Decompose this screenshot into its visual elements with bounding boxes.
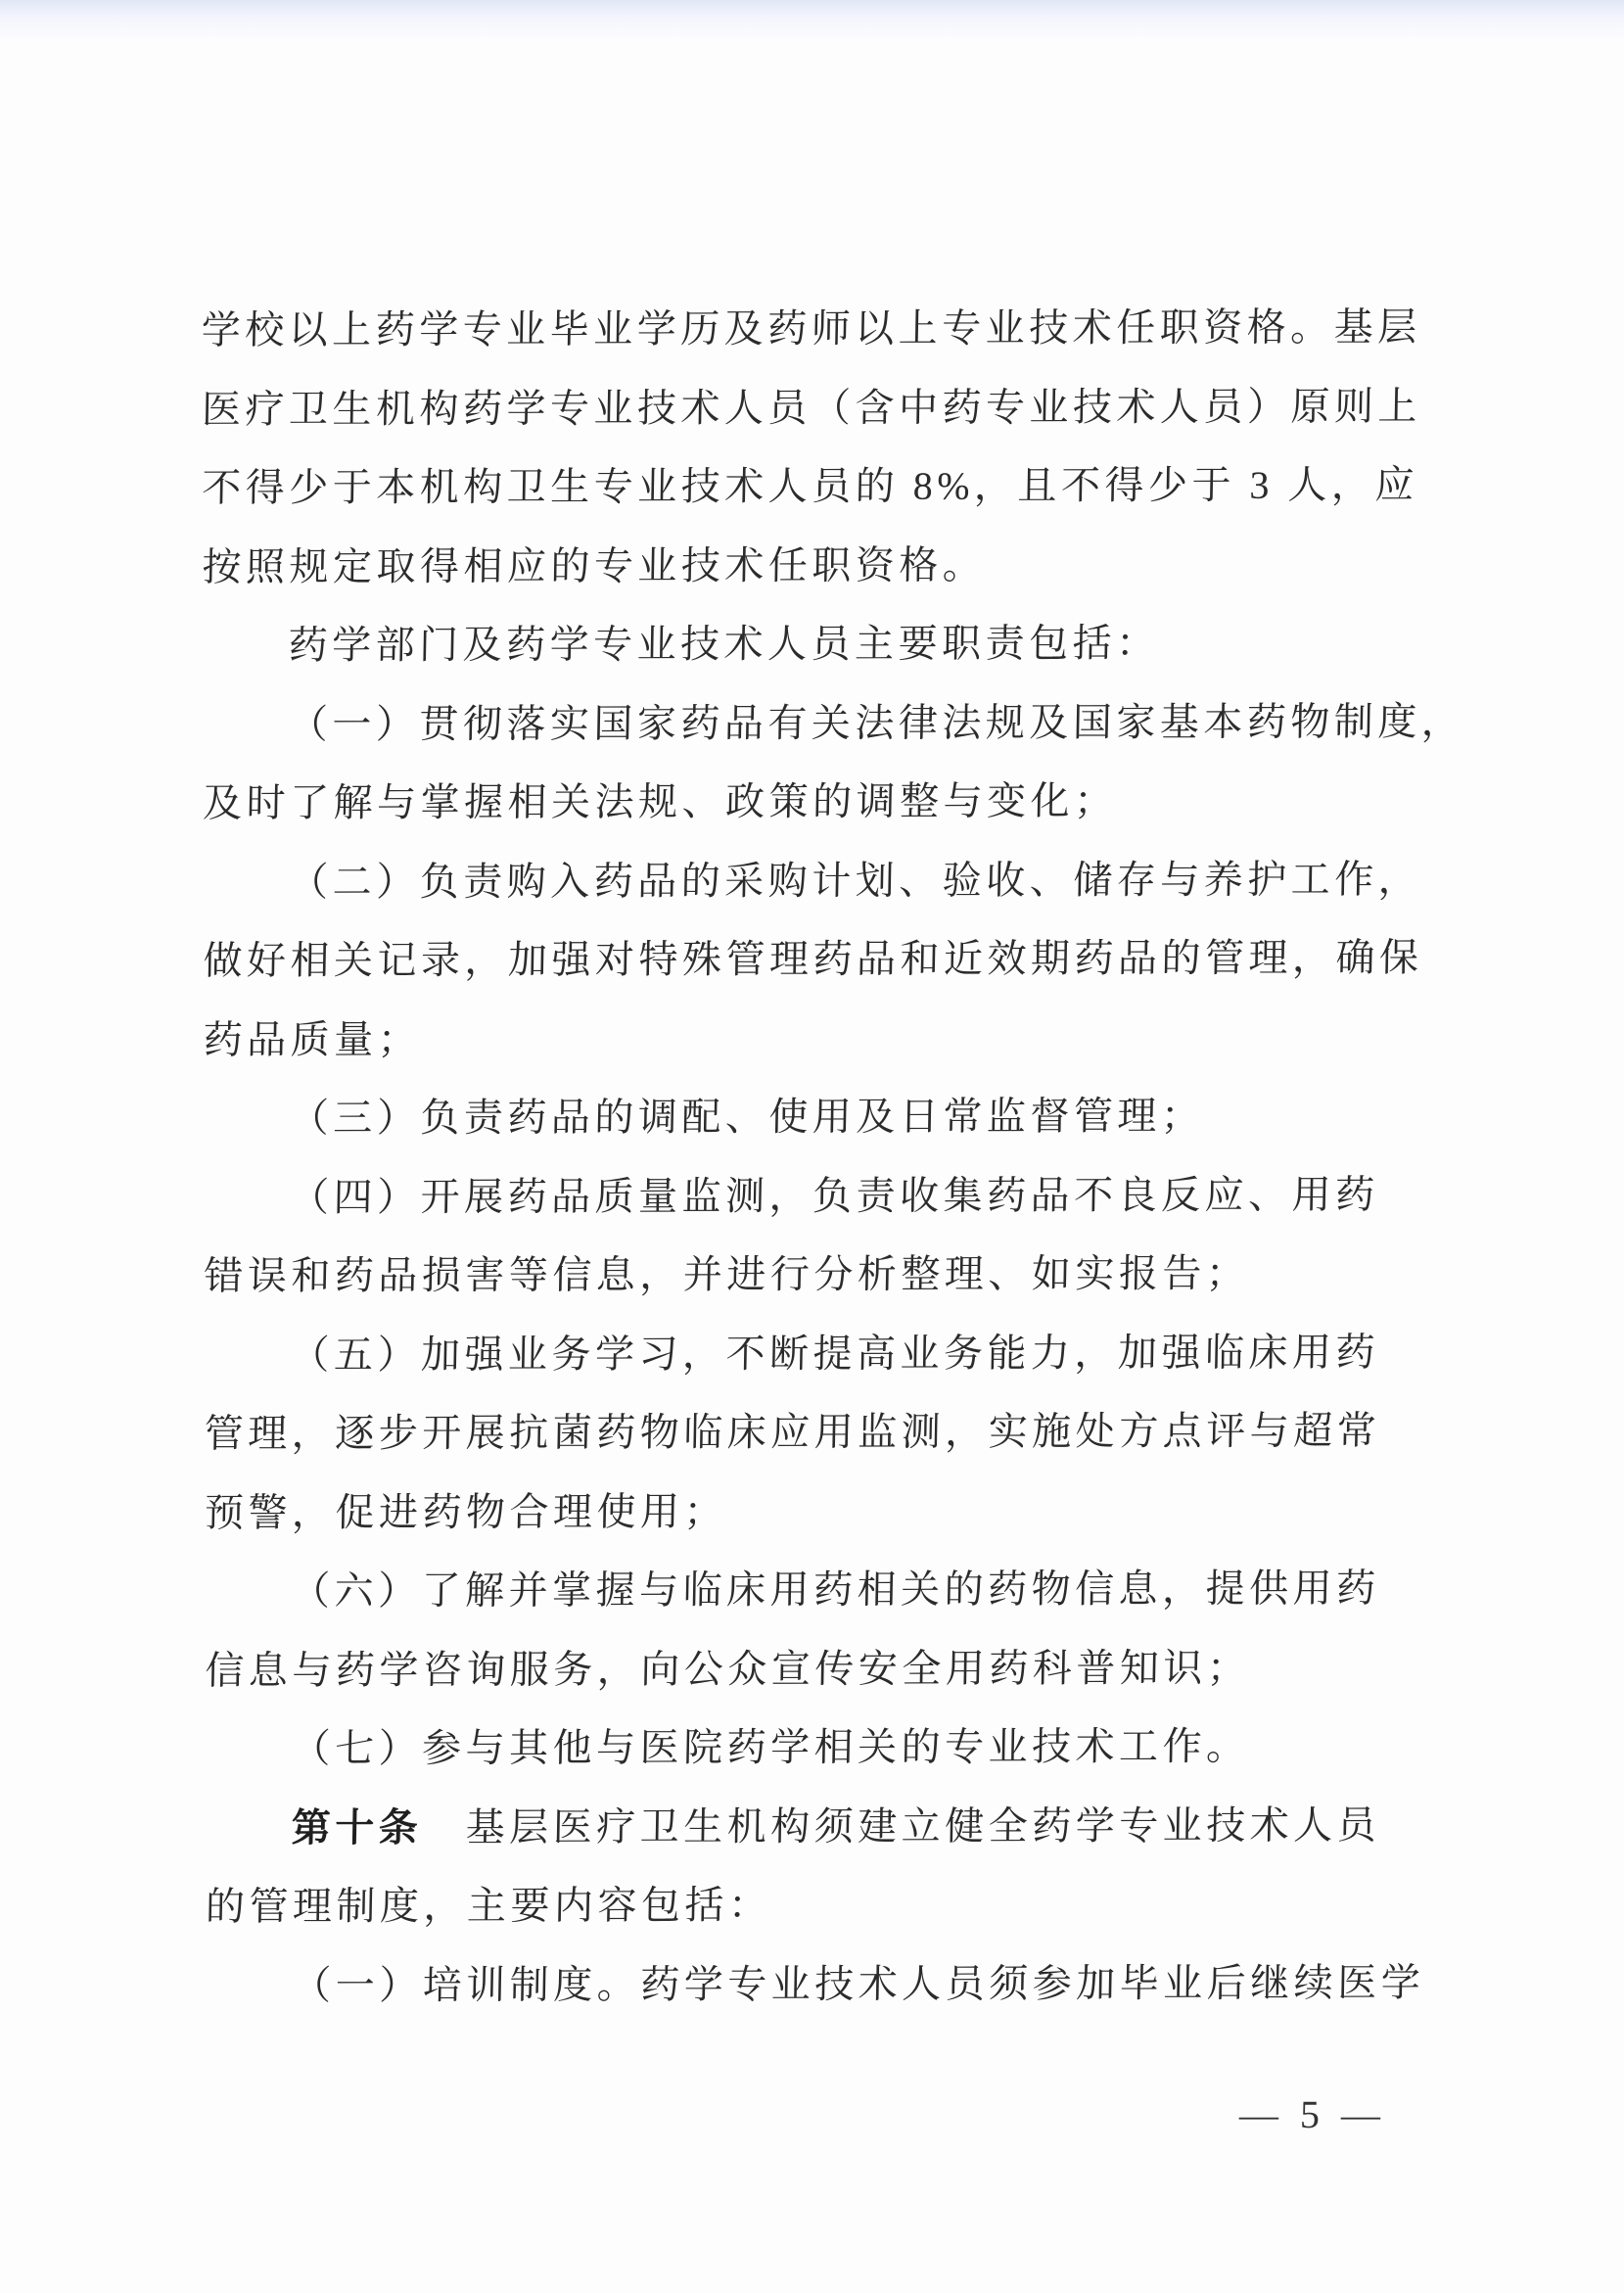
line-text: 信息与药学咨询服务，向公众宣传安全用药科普知识； xyxy=(205,1645,1251,1692)
text-line: 管理，逐步开展抗菌药物临床应用监测，实施处方点评与超常 xyxy=(204,1391,1472,1474)
line-text: 管理，逐步开展抗菌药物临床应用监测，实施处方点评与超常 xyxy=(204,1409,1380,1456)
line-text: 及时了解与掌握相关法规、政策的调整与变化； xyxy=(203,778,1118,824)
article-number: 第十条 xyxy=(291,1806,422,1849)
page-number-footer: — 5 — xyxy=(1239,2091,1387,2137)
text-line: （六）了解并掌握与临床用药相关的药物信息，提供用药 xyxy=(204,1549,1472,1631)
text-line: 药品质量； xyxy=(203,998,1471,1080)
line-text: 的管理制度，主要内容包括： xyxy=(206,1883,772,1929)
text-line: （七）参与其他与医院药学相关的专业技术工作。 xyxy=(205,1707,1473,1789)
line-text: 预警，促进药物合理使用； xyxy=(205,1489,728,1534)
line-text: 错误和药品损害等信息，并进行分析整理、如实报告； xyxy=(204,1251,1250,1298)
text-line: （一）贯彻落实国家药品有关法律法规及国家基本药物制度， xyxy=(202,682,1470,765)
text-line: 做好相关记录，加强对特殊管理药品和近效期药品的管理，确保 xyxy=(203,918,1471,1001)
line-text: （三）负责药品的调配、使用及日常监督管理； xyxy=(289,1094,1204,1140)
line-text: （七）参与其他与医院药学相关的专业技术工作。 xyxy=(291,1724,1250,1771)
text-line: 医疗卫生机构药学专业技术人员（含中药专业技术人员）原则上 xyxy=(201,367,1469,449)
line-text: （四）开展药品质量监测，负责收集药品不良反应、用药 xyxy=(290,1172,1379,1219)
line-text: （一）贯彻落实国家药品有关法律法规及国家基本药物制度， xyxy=(288,699,1464,746)
text-line: （二）负责购入药品的采购计划、验收、储存与养护工作， xyxy=(203,840,1471,922)
line-text: 医疗卫生机构药学专业技术人员（含中药专业技术人员）原则上 xyxy=(202,384,1422,431)
text-line: 第十条 基层医疗卫生机构须建立健全药学专业技术人员 xyxy=(205,1786,1473,1868)
text-line: （三）负责药品的调配、使用及日常监督管理； xyxy=(203,1076,1471,1158)
text-line: （一）培训制度。药学专业技术人员须参加毕业后继续医学 xyxy=(205,1943,1473,2026)
text-line: 药学部门及药学专业技术人员主要职责包括： xyxy=(202,603,1470,685)
text-line: 学校以上药学专业毕业学历及药师以上专业技术任职资格。基层 xyxy=(201,288,1469,370)
text-line: 及时了解与掌握相关法规、政策的调整与变化； xyxy=(202,761,1470,843)
line-text: （五）加强业务学习，不断提高业务能力，加强临床用药 xyxy=(290,1330,1379,1377)
line-text: 做好相关记录，加强对特殊管理药品和近效期药品的管理，确保 xyxy=(203,935,1423,982)
line-text: （二）负责购入药品的采购计划、验收、储存与养护工作， xyxy=(289,857,1422,904)
line-text: 药学部门及药学专业技术人员主要职责包括： xyxy=(288,621,1160,667)
text-line: 不得少于本机构卫生专业技术人员的 8%，且不得少于 3 人，应 xyxy=(201,445,1469,528)
text-block: 学校以上药学专业毕业学历及药师以上专业技术任职资格。基层医疗卫生机构药学专业技术… xyxy=(202,288,1474,2025)
text-line: 预警，促进药物合理使用； xyxy=(204,1471,1472,1553)
scan-edge-tint xyxy=(0,0,1624,41)
line-text: 不得少于本机构卫生专业技术人员的 8%，且不得少于 3 人，应 xyxy=(202,462,1419,509)
text-line: 的管理制度，主要内容包括： xyxy=(205,1864,1473,1946)
line-text: （六）了解并掌握与临床用药相关的药物信息，提供用药 xyxy=(291,1567,1380,1614)
line-text: 药品质量； xyxy=(203,1017,421,1062)
text-line: （四）开展药品质量监测，负责收集药品不良反应、用药 xyxy=(203,1155,1471,1238)
line-text: 基层医疗卫生机构须建立健全药学专业技术人员 xyxy=(422,1802,1381,1849)
text-line: 按照规定取得相应的专业技术任职资格。 xyxy=(202,525,1470,607)
line-text: 按照规定取得相应的专业技术任职资格。 xyxy=(202,542,987,588)
line-text: 学校以上药学专业毕业学历及药师以上专业技术任职资格。基层 xyxy=(201,304,1421,351)
text-line: 信息与药学咨询服务，向公众宣传安全用药科普知识； xyxy=(205,1628,1473,1710)
text-line: 错误和药品损害等信息，并进行分析整理、如实报告； xyxy=(204,1234,1472,1316)
line-text: （一）培训制度。药学专业技术人员须参加毕业后继续医学 xyxy=(292,1960,1425,2007)
text-line: （五）加强业务学习，不断提高业务能力，加强临床用药 xyxy=(204,1313,1472,1395)
scanned-document-page: 学校以上药学专业毕业学历及药师以上专业技术任职资格。基层医疗卫生机构药学专业技术… xyxy=(0,0,1624,2293)
